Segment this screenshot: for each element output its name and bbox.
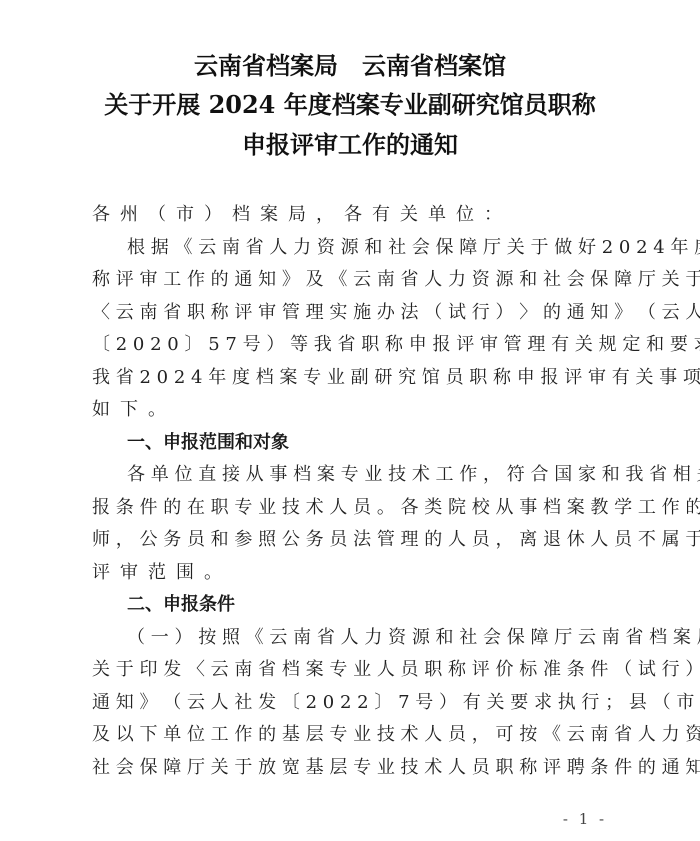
title-subject-line-2: 申报评审工作的通知 [0,130,700,160]
intro-line: 如下。 [92,397,607,423]
intro-line: 〔 2 0 2 0 〕 5 7 号 ） 等 我 省 职 称 申 报 评 审 管 … [92,332,607,358]
title-subject-line-1: 关于开展 2024 年度档案专业副研究馆员职称 [0,90,700,120]
intro-line: 我 省 2 0 2 4 年 度 档 案 专 业 副 研 究 馆 员 职 称 申 … [92,365,607,391]
section-line: 及 以 下 单 位 工 作 的 基 层 专 业 技 术 人 员 ， 可 按 《 … [92,722,607,748]
intro-line: 〈 云 南 省 职 称 评 审 管 理 实 施 办 法 （ 试 行 ） 〉 的 … [92,300,607,326]
intro-line: 根 据 《 云 南 省 人 力 资 源 和 社 会 保 障 厅 关 于 做 好 … [127,235,607,261]
section-line: 关 于 印 发 〈 云 南 省 档 案 专 业 人 员 职 称 评 价 标 准 … [92,657,607,683]
section-line: 各 单 位 直 接 从 事 档 案 专 业 技 术 工 作 ， 符 合 国 家 … [127,462,607,488]
section-heading-scope: 一、申报范围和对象 [127,430,289,456]
section-line: 社 会 保 障 厅 关 于 放 宽 基 层 专 业 技 术 人 员 职 称 评 … [92,755,607,781]
section-line: 通 知 》 （ 云 人 社 发 〔 2 0 2 2 〕 7 号 ） 有 关 要 … [92,690,607,716]
intro-line: 称 评 审 工 作 的 通 知 》 及 《 云 南 省 人 力 资 源 和 社 … [92,267,607,293]
section-line: 师 ， 公 务 员 和 参 照 公 务 员 法 管 理 的 人 员 ， 离 退 … [92,527,607,553]
section-heading-conditions: 二、申报条件 [127,592,235,618]
section-line: （ 一 ） 按 照 《 云 南 省 人 力 资 源 和 社 会 保 障 厅 云 … [127,625,607,651]
page-number: - 1 - [560,808,610,830]
document-page: 云南省档案局 云南省档案馆 关于开展 2024 年度档案专业副研究馆员职称 申报… [0,0,700,841]
section-line: 评审范围。 [92,560,607,586]
title-issuers: 云南省档案局 云南省档案馆 [0,51,700,81]
section-line: 报 条 件 的 在 职 专 业 技 术 人 员 。 各 类 院 校 从 事 档 … [92,495,607,521]
salutation: 各州（市）档案局，各有关单位： [92,202,607,228]
